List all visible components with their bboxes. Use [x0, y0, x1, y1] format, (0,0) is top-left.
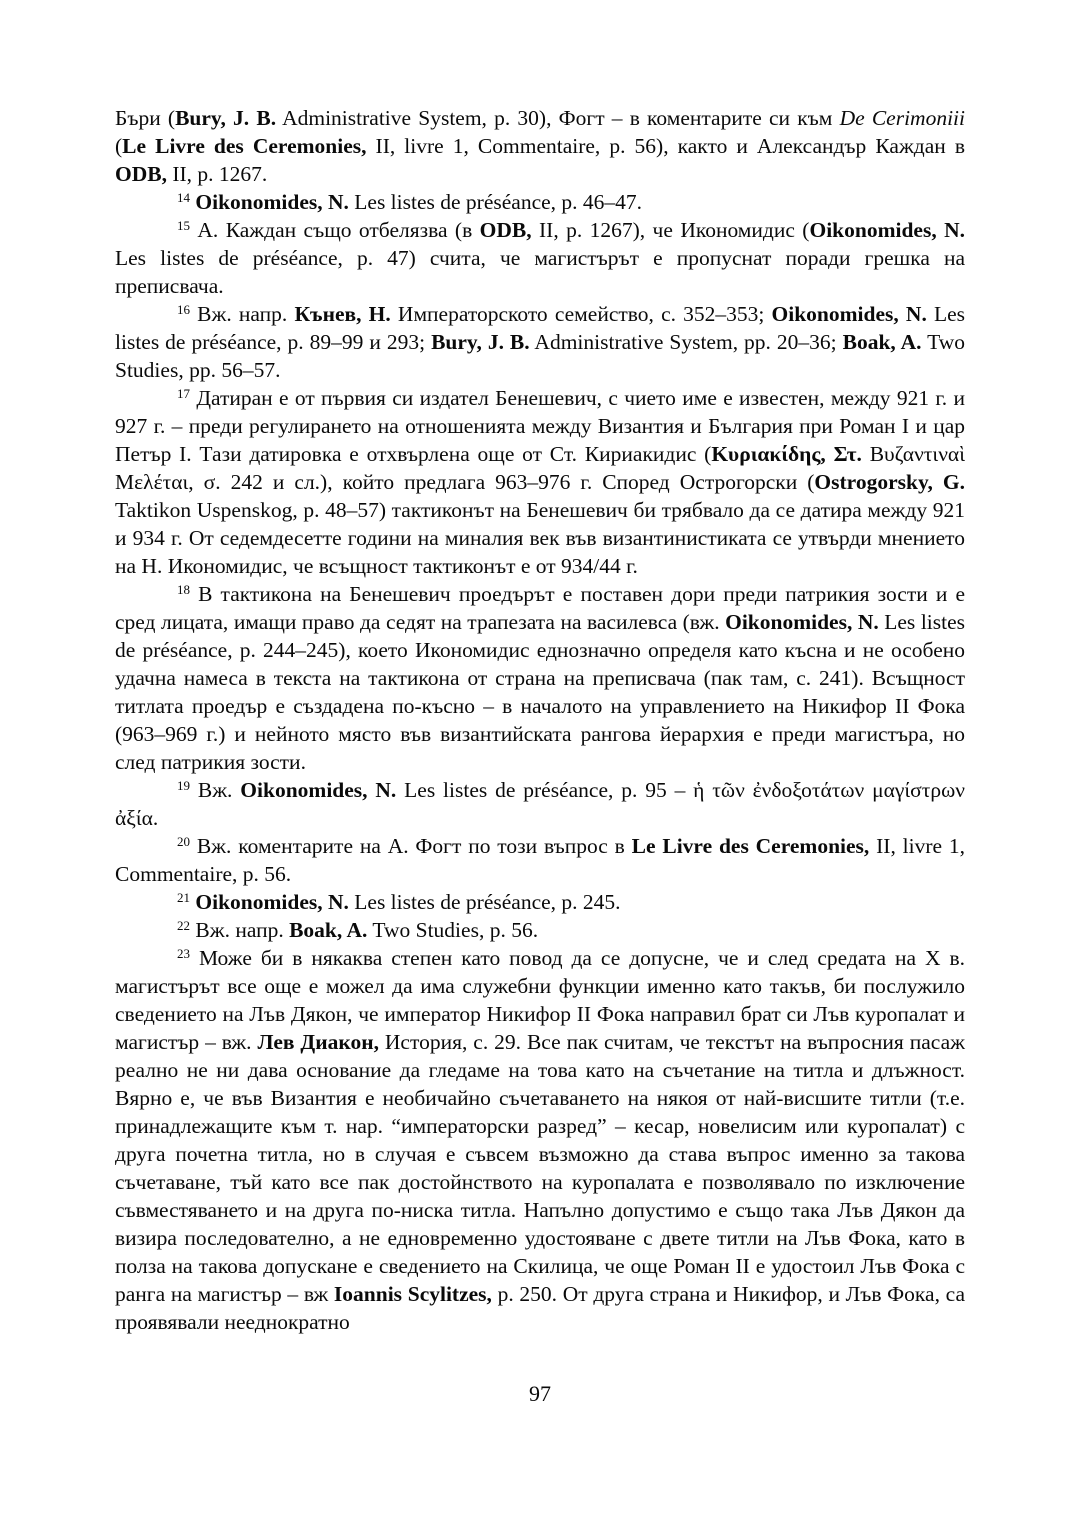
text-run-bold: Кънев, Н.: [294, 302, 390, 326]
text-run-bold: Boak, A.: [843, 330, 922, 354]
text-run-bold: Le Livre des Ceremonies,: [632, 834, 870, 858]
text-run: Les listes de préséance, p. 46–47.: [349, 190, 642, 214]
text-run-bold: Κυριακίδης, Στ.: [711, 442, 862, 466]
footnote-15: 15 А. Каждан също отбелязва (в ODB, II, …: [115, 216, 965, 300]
footnote-marker: 18: [177, 582, 190, 597]
text-run: Вж. напр.: [195, 918, 289, 942]
text-run: Taktikon Uspenskog, p. 48–57) тактиконът…: [115, 498, 965, 578]
text-run: Les listes de préséance, p. 245.: [349, 890, 621, 914]
footnote-19: 19 Вж. Oikonomides, N. Les listes de pré…: [115, 776, 965, 832]
text-run: Вж.: [198, 778, 240, 802]
text-run: II, p. 1267), че Икономидис (: [532, 218, 810, 242]
text-run: Les listes de préséance, p. 244–245), ко…: [115, 610, 965, 774]
footnote-marker: 23: [177, 946, 190, 961]
text-run-bold: Oikonomides, N.: [772, 302, 927, 326]
text-run: Two Studies, p. 56.: [367, 918, 538, 942]
text-run-bold: ODB,: [115, 162, 167, 186]
footnote-marker: 16: [177, 302, 190, 317]
text-run: II, livre 1, Commentaire, p. 56), както …: [366, 134, 965, 158]
text-run: Administrative System, p. 30), Фогт – в …: [276, 106, 839, 130]
text-run-bold: Oikonomides, N.: [725, 610, 879, 634]
text-run: Бъри (: [115, 106, 175, 130]
text-run-bold: Ioannis Scylitzes,: [334, 1282, 492, 1306]
text-run-bold: Bury, J. B.: [431, 330, 530, 354]
footnote-marker: 22: [177, 918, 190, 933]
text-run-bold: Oikonomides, N.: [240, 778, 396, 802]
text-run: Вж. напр.: [197, 302, 294, 326]
text-run-bold: Ostrogorsky, G.: [814, 470, 965, 494]
text-block: Бъри (Bury, J. B. Administrative System,…: [115, 104, 965, 1336]
footnote-marker: 19: [177, 778, 190, 793]
text-run-bold: Oikonomides, N.: [195, 190, 349, 214]
text-run: История, с. 29. Все пак считам, че текст…: [115, 1030, 965, 1306]
text-run-bold: Bury, J. B.: [175, 106, 276, 130]
text-run-bold: Лев Диакон,: [257, 1030, 379, 1054]
paragraph-continuation: Бъри (Bury, J. B. Administrative System,…: [115, 104, 965, 188]
footnote-23: 23 Може би в някаква степен като повод д…: [115, 944, 965, 1336]
footnote-marker: 15: [177, 218, 190, 233]
footnote-16: 16 Вж. напр. Кънев, Н. Императорското се…: [115, 300, 965, 384]
footnote-22: 22 Вж. напр. Boak, A. Two Studies, p. 56…: [115, 916, 965, 944]
text-run-bold: Oikonomides, N.: [809, 218, 965, 242]
footnote-marker: 21: [177, 890, 190, 905]
footnote-21: 21 Oikonomides, N. Les listes de préséan…: [115, 888, 965, 916]
text-run-bold: Boak, A.: [289, 918, 367, 942]
text-run: Les listes de préséance, p. 47) счита, ч…: [115, 246, 965, 298]
text-run-bold: Le Livre des Ceremonies,: [122, 134, 366, 158]
footnote-18: 18 В тактикона на Бенешевич проедърът е …: [115, 580, 965, 776]
footnote-20: 20 Вж. коментарите на А. Фогт по този въ…: [115, 832, 965, 888]
footnote-marker: 17: [177, 386, 190, 401]
text-run: Administrative System, pp. 20–36;: [530, 330, 843, 354]
footnote-marker: 20: [177, 834, 190, 849]
document-page: Бъри (Bury, J. B. Administrative System,…: [0, 0, 1080, 1536]
text-run: А. Каждан също отбелязва (в: [197, 218, 479, 242]
footnote-14: 14 Oikonomides, N. Les listes de préséan…: [115, 188, 965, 216]
text-run: II, p. 1267.: [167, 162, 267, 186]
footnote-marker: 14: [177, 190, 190, 205]
text-run-bold: Oikonomides, N.: [195, 890, 349, 914]
text-run: Вж. коментарите на А. Фогт по този въпро…: [197, 834, 632, 858]
page-number: 97: [115, 1380, 965, 1408]
text-run-italic: De Cerimoniii: [840, 106, 965, 130]
footnote-17: 17 Датиран е от първия си издател Бенеше…: [115, 384, 965, 580]
text-run-bold: ODB,: [480, 218, 532, 242]
text-run: Императорското семейство, с. 352–353;: [391, 302, 772, 326]
